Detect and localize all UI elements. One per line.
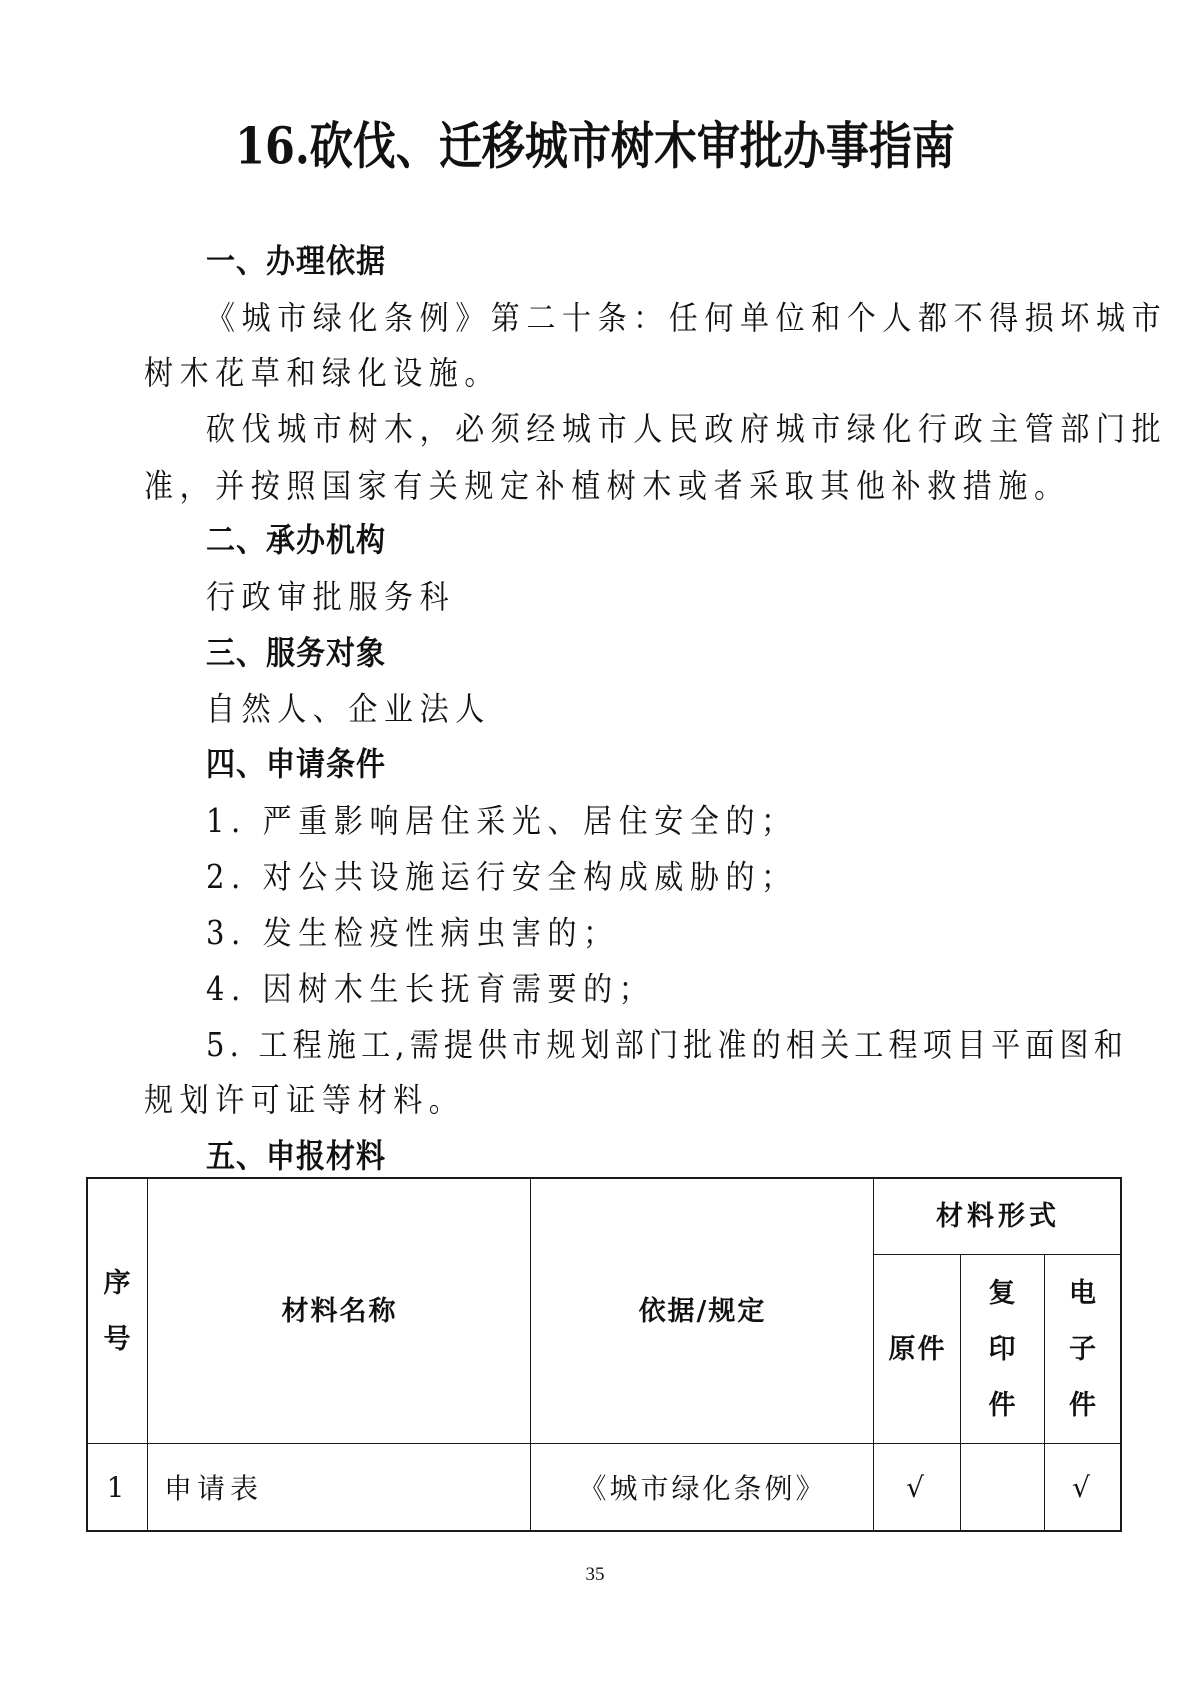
basis-paragraph-2-line-1: 砍伐城市树木，必须经城市人民政府城市绿化行政主管部门批: [206, 407, 1124, 452]
section-heading-conditions: 四、申请条件: [206, 742, 386, 787]
document-title: 16.砍伐、迁移城市树木审批办事指南: [0, 106, 1190, 189]
header-basis-label: 依据/规定: [639, 1284, 767, 1340]
condition-item-1: 1. 严重影响居住采光、居住安全的；: [206, 799, 1124, 844]
header-form-group-label: 材料形式: [936, 1189, 1060, 1245]
header-index-char-1: 序: [104, 1256, 133, 1312]
basis-paragraph-1-line-1: 《城市绿化条例》第二十条：任何单位和个人都不得损坏城市: [206, 296, 1124, 341]
condition-item-5-line-2: 规划许可证等材料。: [144, 1078, 1062, 1123]
condition-item-5-line-1: 5. 工程施工,需提供市规划部门批准的相关工程项目平面图和: [206, 1023, 1124, 1068]
service-target-text: 自然人、企业法人: [206, 687, 1124, 732]
header-electronic: 电 子 件: [1045, 1255, 1122, 1444]
page-number: 35: [0, 1563, 1190, 1587]
header-original: 原件: [874, 1255, 961, 1444]
section-heading-materials: 五、申报材料: [206, 1134, 386, 1179]
materials-table: 序 号 材料名称 依据/规定 材料形式 原件 复 印 件 电 子 件 1 申请表…: [86, 1177, 1122, 1532]
basis-paragraph-1-line-2: 树木花草和绿化设施。: [144, 351, 1062, 396]
header-copy-char-2: 印: [989, 1322, 1018, 1378]
header-electronic-char-1: 电: [1069, 1266, 1098, 1322]
condition-item-3: 3. 发生检疫性病虫害的；: [206, 911, 1124, 956]
header-index-char-2: 号: [104, 1312, 133, 1368]
header-basis: 依据/规定: [531, 1179, 874, 1444]
header-electronic-char-2: 子: [1069, 1322, 1098, 1378]
header-electronic-char-3: 件: [1069, 1378, 1098, 1434]
section-heading-service-target: 三、服务对象: [206, 631, 386, 676]
basis-paragraph-2-line-2: 准，并按照国家有关规定补植树木或者采取其他补救措施。: [144, 464, 1062, 509]
section-heading-basis: 一、办理依据: [206, 239, 386, 284]
row-copy-check: [961, 1444, 1045, 1530]
header-copy-char-3: 件: [989, 1378, 1018, 1434]
condition-item-4: 4. 因树木生长抚育需要的；: [206, 967, 1124, 1012]
row-index: 1: [88, 1444, 148, 1530]
row-basis: 《城市绿化条例》: [531, 1444, 874, 1530]
agency-text: 行政审批服务科: [206, 575, 1124, 620]
header-copy-char-1: 复: [989, 1266, 1018, 1322]
header-index: 序 号: [88, 1179, 148, 1444]
row-material-name: 申请表: [148, 1444, 531, 1530]
section-heading-agency: 二、承办机构: [206, 518, 386, 563]
condition-item-2: 2. 对公共设施运行安全构成威胁的；: [206, 855, 1124, 900]
header-material-name: 材料名称: [148, 1179, 531, 1444]
header-original-label: 原件: [889, 1322, 947, 1378]
row-electronic-check-icon: √: [1045, 1444, 1122, 1530]
header-material-name-label: 材料名称: [282, 1284, 398, 1340]
header-form-group: 材料形式: [874, 1179, 1122, 1255]
header-copy: 复 印 件: [961, 1255, 1045, 1444]
row-original-check-icon: √: [874, 1444, 961, 1530]
